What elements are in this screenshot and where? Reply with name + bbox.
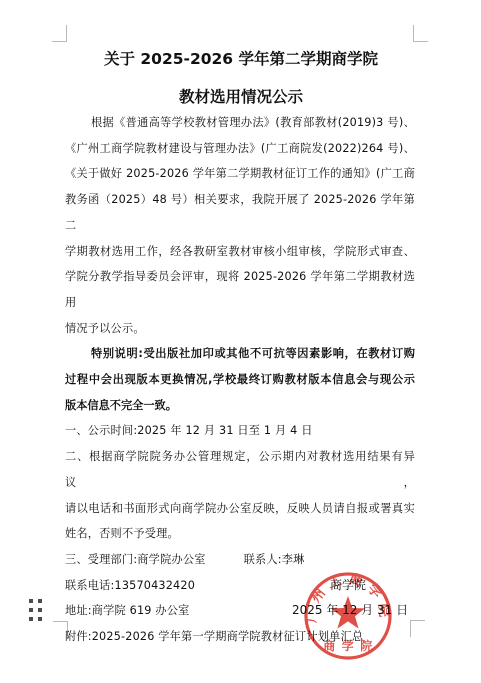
para1-line-6: 学院分教学指导委员会评审，现将 2025-2026 学年第二学期教材选用 <box>65 264 415 315</box>
para1-line-5: 学期教材选用工作，经各教研室教材审核小组审核，学院形式审查、 <box>65 239 415 265</box>
grip-dot <box>38 608 42 612</box>
grip-dot <box>29 599 33 603</box>
grip-dot <box>38 599 42 603</box>
stamp-bottom-text: 商学院 <box>323 638 379 653</box>
document-body: 根据《普通高等学校教材管理办法》(教育部教材(2019)3 号)、 《广州工商学… <box>65 110 415 650</box>
para1-line-4: 教务函（2025）48 号）相关要求，我院开展了 2025-2026 学年第二 <box>65 187 415 238</box>
special-note-line-2: 过程中会出现版本更换情况,学校最终订购教材版本信息会与现公示 <box>65 367 415 393</box>
drag-grip[interactable] <box>29 599 42 621</box>
item1-publicity-period: 一、公示时间:2025 年 12 月 31 日至 1 月 4 日 <box>65 418 415 444</box>
document-title: 关于 2025-2026 学年第二学期商学院 教材选用情况公示 <box>60 40 422 116</box>
item3-department-text: 三、受理部门:商学院办公室 <box>65 553 206 566</box>
para1-line-2: 《广州工商学院教材建设与管理办法》(广工商院发(2022)264 号)、 <box>65 136 415 162</box>
grip-dot <box>29 617 33 621</box>
item2-line-3: 姓名，否则不予受理。 <box>65 521 415 547</box>
stamp-star-icon <box>331 596 365 629</box>
official-stamp-seal: 广州工商学院 商学院 <box>302 570 394 662</box>
para1-line-1: 根据《普通高等学校教材管理办法》(教育部教材(2019)3 号)、 <box>65 110 415 136</box>
special-note-line-1: 特别说明:受出版社加印或其他不可抗等因素影响，在教材订购 <box>65 341 415 367</box>
document-page: 关于 2025-2026 学年第二学期商学院 教材选用情况公示 根据《普通高等学… <box>0 0 481 683</box>
para1-line-3: 《关于做好 2025-2026 学年第二学期教材征订工作的通知》(广工商 <box>65 161 415 187</box>
item2-line-2: 请以电话和书面形式向商学院办公室反映，反映人员请自报或署真实 <box>65 496 415 522</box>
para1-line-7: 情况予以公示。 <box>65 316 415 342</box>
item3-contact-person: 联系人:李琳 <box>244 553 305 566</box>
grip-dot <box>29 608 33 612</box>
document-title-line-1: 关于 2025-2026 学年第二学期商学院 <box>60 40 422 78</box>
item2-line-1: 二、根据商学院院务办公管理规定，公示期内对教材选用结果有异议， <box>65 444 415 495</box>
item3-accepting-department: 三、受理部门:商学院办公室联系人:李琳 <box>65 547 415 573</box>
grip-dot <box>38 617 42 621</box>
special-note-line-3: 版本信息不完全一致。 <box>65 393 415 419</box>
